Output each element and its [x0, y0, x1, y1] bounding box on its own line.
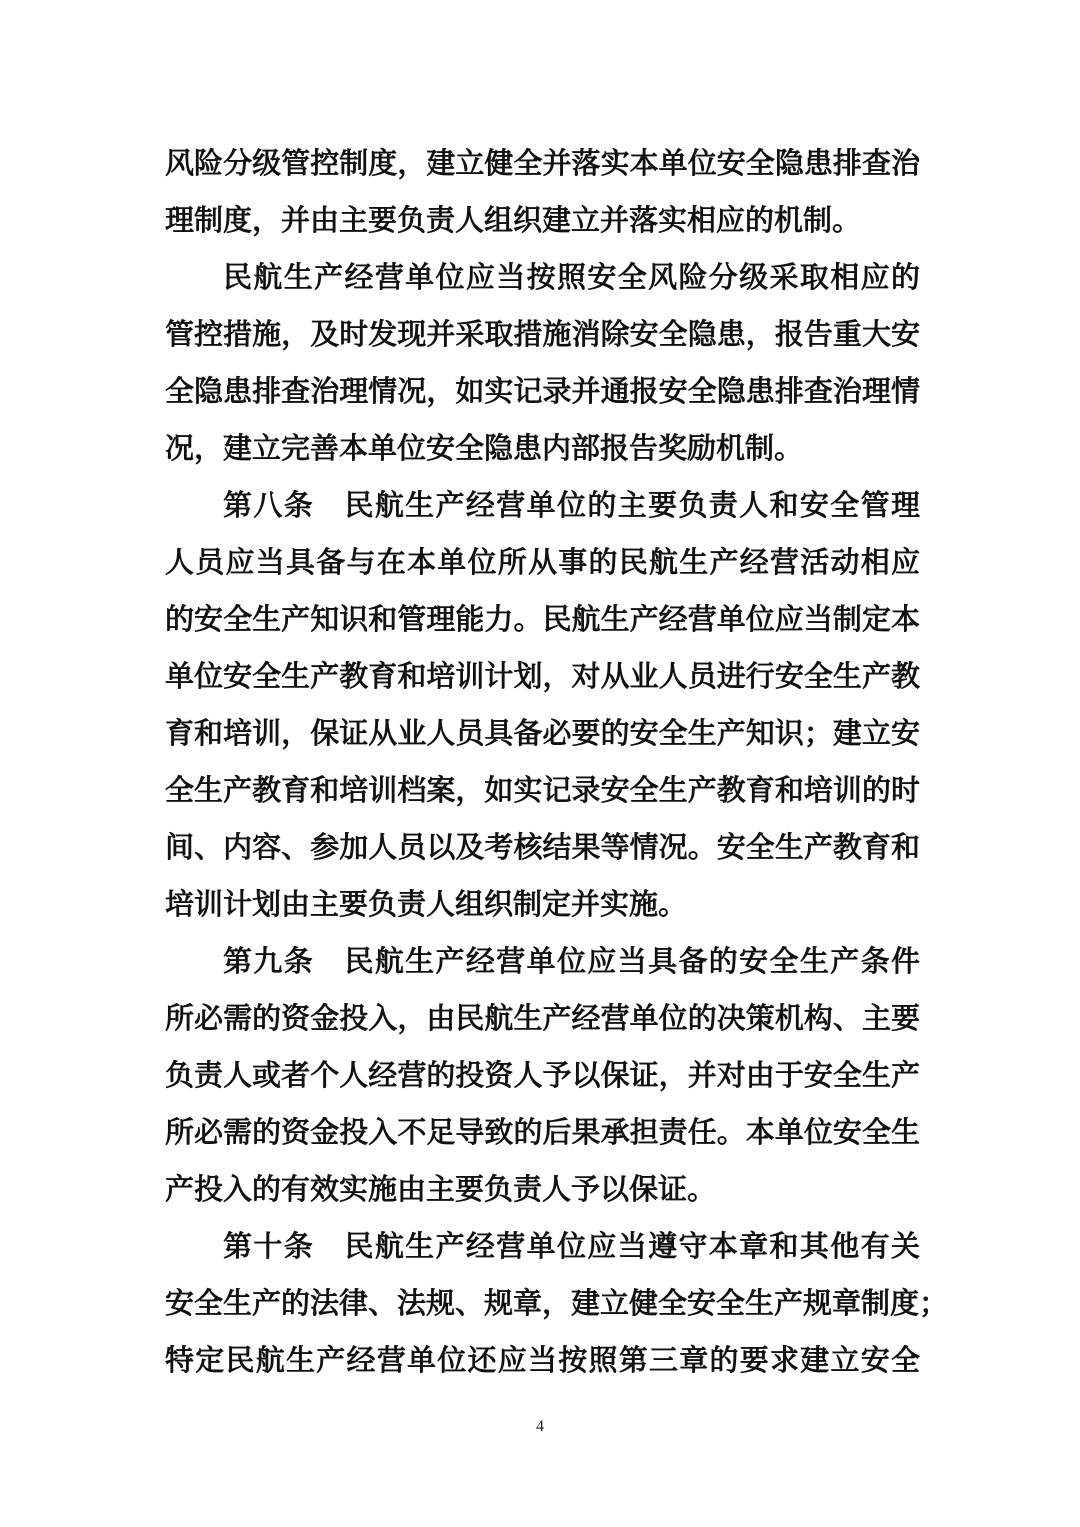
- text-line: 所必需的资金投入不足导致的后果承担责任。本单位安全生: [165, 1112, 920, 1152]
- text-line: 所必需的资金投入，由民航生产经营单位的决策机构、主要: [165, 998, 920, 1038]
- text-line: 管控措施，及时发现并采取措施消除安全隐患，报告重大安: [165, 314, 920, 354]
- text-line: 单位安全生产教育和培训计划，对从业人员进行安全生产教: [165, 656, 920, 696]
- text-line: 风险分级管控制度，建立健全并落实本单位安全隐患排查治: [165, 143, 920, 183]
- text-line: 培训计划由主要负责人组织制定并实施。: [165, 884, 920, 924]
- text-line: 间、内容、参加人员以及考核结果等情况。安全生产教育和: [165, 827, 920, 867]
- paragraph-first-line: 民航生产经营单位应当按照安全风险分级采取相应的: [223, 257, 920, 297]
- text-line: 全生产教育和培训档案，如实记录安全生产教育和培训的时: [165, 770, 920, 810]
- page-number: 4: [0, 1418, 1080, 1436]
- text-line: 负责人或者个人经营的投资人予以保证，并对由于安全生产: [165, 1055, 920, 1095]
- document-page: 风险分级管控制度，建立健全并落实本单位安全隐患排查治 理制度，并由主要负责人组织…: [0, 0, 1080, 1527]
- article-10-heading-line: 第十条 民航生产经营单位应当遵守本章和其他有关: [223, 1226, 920, 1266]
- text-line: 全隐患排查治理情况，如实记录并通报安全隐患排查治理情: [165, 371, 920, 411]
- text-line: 况，建立完善本单位安全隐患内部报告奖励机制。: [165, 428, 920, 468]
- text-line: 育和培训，保证从业人员具备必要的安全生产知识；建立安: [165, 713, 920, 753]
- article-9-heading-line: 第九条 民航生产经营单位应当具备的安全生产条件: [223, 941, 920, 981]
- text-line: 安全生产的法律、法规、规章，建立健全安全生产规章制度；: [165, 1283, 920, 1323]
- text-line: 特定民航生产经营单位还应当按照第三章的要求建立安全: [165, 1340, 920, 1380]
- text-line: 产投入的有效实施由主要负责人予以保证。: [165, 1169, 920, 1209]
- text-line: 理制度，并由主要负责人组织建立并落实相应的机制。: [165, 200, 920, 240]
- text-line: 人员应当具备与在本单位所从事的民航生产经营活动相应: [165, 542, 920, 582]
- text-line: 的安全生产知识和管理能力。民航生产经营单位应当制定本: [165, 599, 920, 639]
- article-8-heading-line: 第八条 民航生产经营单位的主要负责人和安全管理: [223, 485, 920, 525]
